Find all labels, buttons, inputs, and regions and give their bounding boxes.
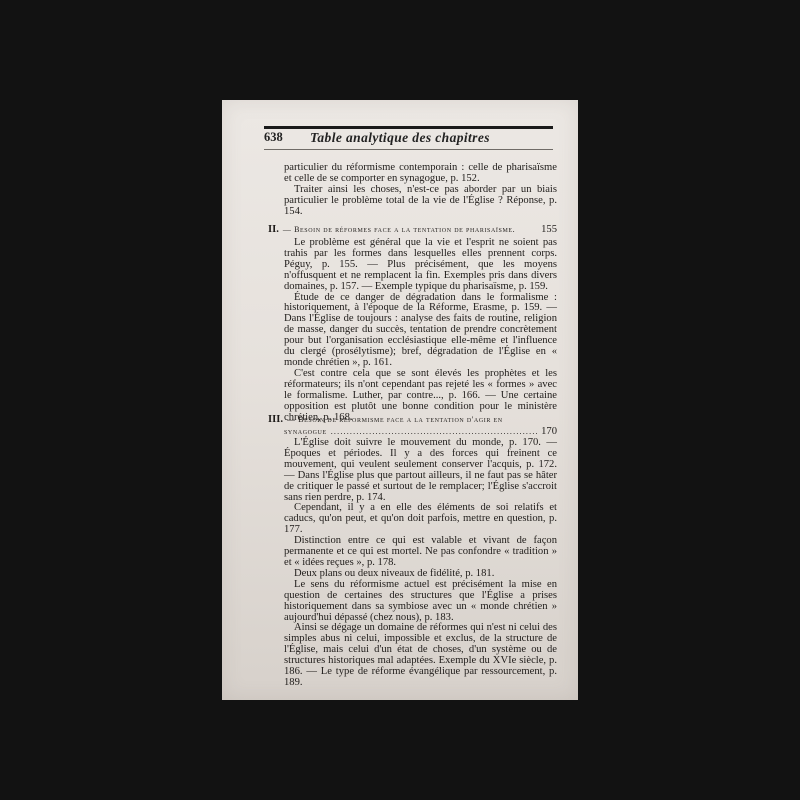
running-head: 638 Table analytique des chapitres bbox=[264, 130, 553, 148]
intro-paragraph: Traiter ainsi les choses, n'est-ce pas a… bbox=[284, 185, 557, 218]
section-title: — Besoin de réformisme face a la tentati… bbox=[287, 415, 503, 424]
section-paragraph: Distinction entre ce qui est valable et … bbox=[284, 536, 557, 569]
page-number: 638 bbox=[264, 130, 283, 145]
section-title: — Besoin de réformes face a la tentation… bbox=[283, 225, 515, 234]
page-title: Table analytique des chapitres bbox=[310, 130, 490, 146]
section-paragraph: Cependant, il y a en elle des éléments d… bbox=[284, 503, 557, 536]
book-page: 638 Table analytique des chapitres parti… bbox=[222, 100, 578, 700]
intro-block: particulier du réformisme contemporain :… bbox=[284, 163, 557, 218]
section-page: 170 bbox=[541, 426, 557, 437]
section-number: II. bbox=[268, 224, 279, 235]
section-3-body: L'Église doit suivre le mouvement du mon… bbox=[284, 438, 557, 689]
section-3-heading: III. — Besoin de réformisme face a la te… bbox=[268, 414, 557, 437]
section-paragraph: Le problème est général que la vie et l'… bbox=[284, 238, 557, 293]
section-paragraph: Ainsi se dégage un domaine de réformes q… bbox=[284, 623, 557, 688]
header-rule-bottom bbox=[264, 149, 553, 150]
leader-dots: ........................................… bbox=[331, 427, 537, 436]
section-paragraph: Étude de ce danger de dégradation dans l… bbox=[284, 293, 557, 369]
header-rule-top bbox=[264, 126, 553, 129]
section-paragraph: L'Église doit suivre le mouvement du mon… bbox=[284, 438, 557, 503]
section-page: 155 bbox=[541, 224, 557, 235]
section-2-heading: II. — Besoin de réformes face a la tenta… bbox=[268, 224, 557, 235]
intro-paragraph: particulier du réformisme contemporain :… bbox=[284, 163, 557, 185]
section-paragraph: Le sens du réformisme actuel est précisé… bbox=[284, 580, 557, 624]
section-title-continued: synagogue bbox=[284, 427, 327, 436]
section-number: III. bbox=[268, 414, 283, 425]
section-2-body: Le problème est général que la vie et l'… bbox=[284, 238, 557, 423]
